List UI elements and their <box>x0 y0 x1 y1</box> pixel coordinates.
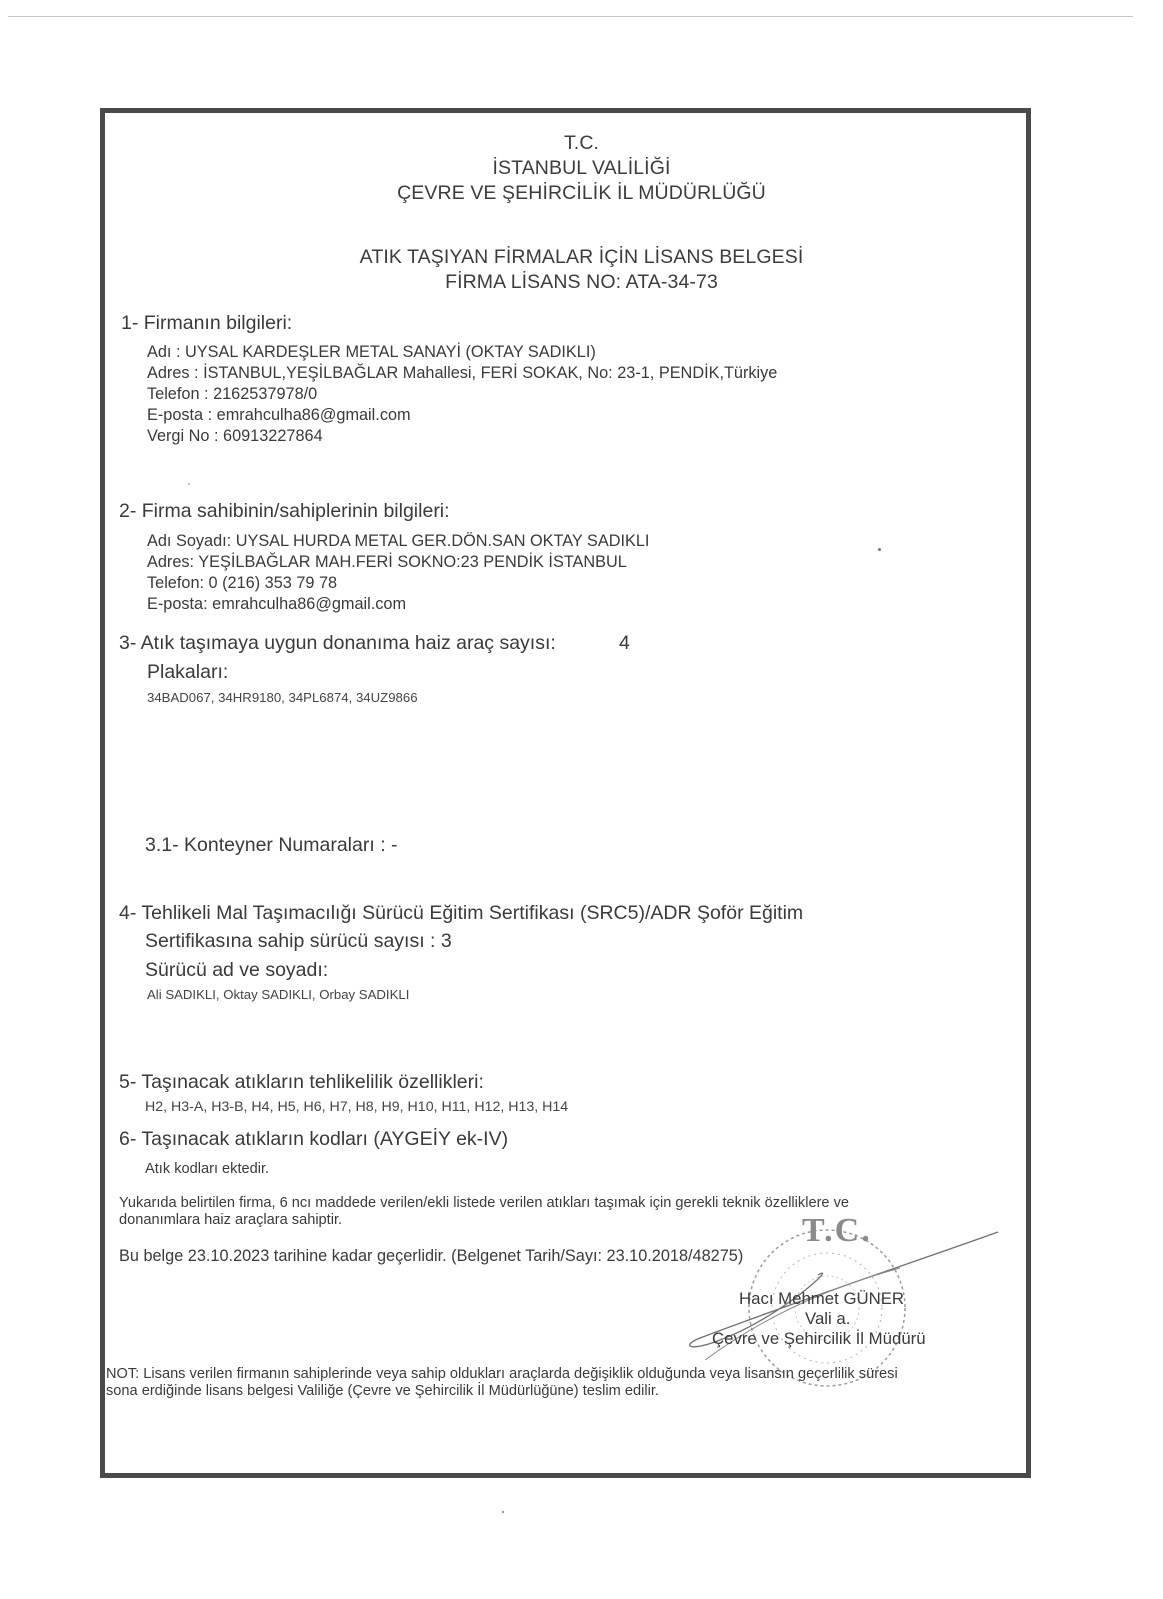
firm-name: Adı : UYSAL KARDEŞLER METAL SANAYİ (OKTA… <box>147 343 596 362</box>
signatory-position: Çevre ve Şehircilik İl Müdürü <box>712 1329 926 1349</box>
section4-heading: 4- Tehlikeli Mal Taşımacılığı Sürücü Eği… <box>119 902 803 925</box>
header-directorate: ÇEVRE VE ŞEHİRCİLİK İL MÜDÜRLÜĞÜ <box>0 182 1163 205</box>
owner-address: Adres: YEŞİLBAĞLAR MAH.FERİ SOKNO:23 PEN… <box>147 553 627 572</box>
firm-tax-number: Vergi No : 60913227864 <box>147 427 323 446</box>
scan-speck <box>188 483 190 485</box>
statement-line1: Yukarıda belirtilen firma, 6 ncı maddede… <box>119 1195 849 1211</box>
signatory-title: Vali a. <box>805 1309 850 1329</box>
owner-phone: Telefon: 0 (216) 353 79 78 <box>147 574 337 593</box>
section3-heading: 3- Atık taşımaya uygun donanıma haiz ara… <box>119 632 556 655</box>
plates-list: 34BAD067, 34HR9180, 34PL6874, 34UZ9866 <box>147 690 418 705</box>
firm-phone: Telefon : 2162537978/0 <box>147 385 317 404</box>
firm-address: Adres : İSTANBUL,YEŞİLBAĞLAR Mahallesi, … <box>147 364 777 383</box>
scan-speck <box>878 548 881 551</box>
header-governorship: İSTANBUL VALİLİĞİ <box>0 157 1163 180</box>
note-line1: NOT: Lisans verilen firmanın sahiplerind… <box>106 1366 898 1382</box>
header-tc: T.C. <box>0 132 1163 155</box>
owner-email: E-posta: emrahculha86@gmail.com <box>147 595 406 614</box>
validity-statement: Bu belge 23.10.2023 tarihine kadar geçer… <box>119 1247 743 1266</box>
section5-heading: 5- Taşınacak atıkların tehlikelilik özel… <box>119 1071 484 1094</box>
waste-codes-note: Atık kodları ektedir. <box>145 1161 269 1177</box>
section2-heading: 2- Firma sahibinin/sahiplerinin bilgiler… <box>119 500 450 523</box>
document-title: ATIK TAŞIYAN FİRMALAR İÇİN LİSANS BELGES… <box>0 246 1163 269</box>
note-line2: sona erdiğinde lisans belgesi Valiliğe (… <box>106 1383 659 1399</box>
hazard-properties: H2, H3-A, H3-B, H4, H5, H6, H7, H8, H9, … <box>145 1099 568 1115</box>
vehicle-count: 4 <box>619 632 630 655</box>
signatory-name: Hacı Mehmet GÜNER <box>739 1289 904 1309</box>
certified-driver-count: Sertifikasına sahip sürücü sayısı : 3 <box>145 930 452 953</box>
drivers-list: Ali SADIKLI, Oktay SADIKLI, Orbay SADIKL… <box>147 987 409 1002</box>
stamp-text: T.C. <box>802 1212 872 1250</box>
firm-email: E-posta : emrahculha86@gmail.com <box>147 406 411 425</box>
drivers-label: Sürücü ad ve soyadı: <box>145 959 328 982</box>
owner-name: Adı Soyadı: UYSAL HURDA METAL GER.DÖN.SA… <box>147 532 649 551</box>
container-numbers: 3.1- Konteyner Numaraları : - <box>145 834 398 857</box>
page-top-rule <box>8 16 1133 17</box>
license-number: FİRMA LİSANS NO: ATA-34-73 <box>0 271 1163 294</box>
plates-label: Plakaları: <box>147 661 228 684</box>
section1-heading: 1- Firmanın bilgileri: <box>121 312 292 335</box>
section6-heading: 6- Taşınacak atıkların kodları (AYGEİY e… <box>119 1128 508 1151</box>
statement-line2: donanımlara haiz araçlara sahiptir. <box>119 1212 342 1228</box>
scan-speck <box>502 1511 504 1513</box>
